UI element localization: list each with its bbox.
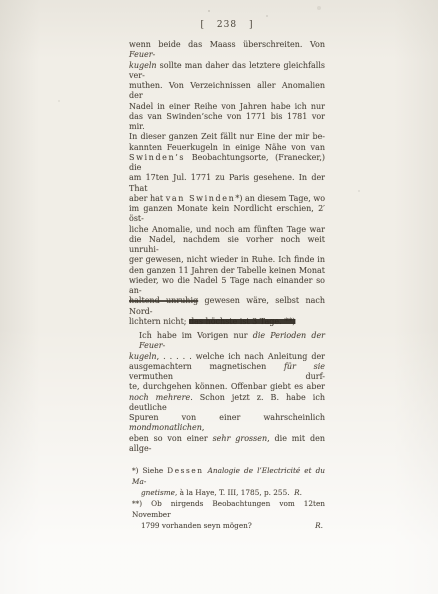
text-segment: die Nadel, nachdem sie vorher noch weit … — [129, 235, 325, 254]
text-segment: Ich habe im Vorigen nur — [139, 331, 253, 340]
text-segment: *) an diesem Tage, wo — [235, 194, 325, 203]
text-segment: , . . . . . welche ich nach Anleitung de… — [157, 352, 325, 361]
text-segment: kugeln — [129, 61, 157, 70]
text-segment: den ganzen 11 Jahren der Tabelle keinen … — [129, 266, 325, 275]
paragraph-perioden: Ich habe im Vorigen nur die Perioden der… — [129, 331, 325, 454]
text-line: te, durchgehen können. Offenbar giebt es… — [129, 382, 325, 392]
text-line: R.1799 vorhanden seyn mögen? — [132, 521, 325, 532]
footnotes: *) Siehe Dessen Analogie de l’Electricit… — [132, 466, 325, 532]
body-paragraphs: wenn beide das Maass überschreiten. Von … — [129, 40, 325, 454]
text-line: In dieser ganzen Zeit fällt nur Eine der… — [129, 132, 325, 142]
text-segment: , — [202, 423, 205, 432]
text-segment: eben so von einer — [129, 434, 213, 443]
text-line: Spuren von einer wahrscheinlich mondmona… — [129, 413, 325, 434]
text-segment: noch mehrere — [129, 393, 190, 402]
text-segment: vermuthen durf- — [129, 372, 325, 381]
page-number: [ 238 ] — [129, 20, 325, 30]
text-line: Swinden’s Beobachtungsorte, (Franecker,)… — [129, 153, 325, 174]
text-segment: mondmonatlichen — [129, 423, 202, 432]
text-line: am 17ten Jul. 1771 zu Paris gesehene. In… — [129, 173, 325, 194]
text-line: lichtern nicht; das höchste ist 3 Tage. … — [129, 317, 325, 327]
footnote-2: **) Ob nirgends Beobachtungen vom 12ten … — [132, 499, 325, 531]
text-segment: ger gewesen, nicht wieder in Ruhe. Ich f… — [129, 255, 325, 264]
text-segment: muthen. Von Verzeichnissen aller Anomali… — [129, 81, 325, 100]
footnote-1: *) Siehe Dessen Analogie de l’Electricit… — [132, 466, 325, 498]
text-segment: te, durchgehen können. Offenbar giebt es… — [129, 382, 325, 391]
text-line: **) Ob nirgends Beobachtungen vom 12ten … — [132, 499, 325, 521]
struck-text: das höchste ist 3 Tage. **) — [189, 317, 295, 326]
book-page-scan: [ 238 ] wenn beide das Maass überschreit… — [0, 0, 438, 594]
text-segment: Spuren von einer wahrscheinlich — [129, 413, 325, 422]
text-line: ger gewesen, nicht wieder in Ruhe. Ich f… — [129, 255, 325, 265]
text-segment: lichtern nicht; — [129, 317, 189, 326]
text-segment: liche Anomalie, und noch am fünften Tage… — [129, 225, 325, 234]
text-line: aber hat van Swinden*) an diesem Tage, w… — [129, 194, 325, 204]
text-line: kannten Feuerkugeln in einige Nähe von v… — [129, 143, 325, 153]
text-line: noch mehrere. Schon jetzt z. B. habe ich… — [129, 393, 325, 414]
text-segment: wenn beide das Maass überschreiten. Von — [129, 40, 325, 49]
text-line: die Nadel, nachdem sie vorher noch weit … — [129, 235, 325, 256]
paragraph-continuation: wenn beide das Maass überschreiten. Von … — [129, 40, 325, 327]
text-segment: ausgemachtern magnetischen — [129, 362, 284, 371]
text-segment: sehr grossen — [213, 434, 268, 443]
text-segment: das van Swinden’sche von 1771 bis 1781 v… — [129, 112, 325, 131]
text-segment: Feuer- — [129, 50, 155, 59]
text-segment: In dieser ganzen Zeit fällt nur Eine der… — [129, 132, 325, 141]
text-block: wenn beide das Maass überschreiten. Von … — [129, 40, 325, 533]
text-line: Ich habe im Vorigen nur die Perioden der… — [129, 331, 325, 352]
text-segment: 1799 vorhanden seyn mögen? — [141, 521, 252, 530]
text-segment: Dessen — [167, 466, 203, 475]
text-line: kugeln sollte man daher das letztere gle… — [129, 61, 325, 82]
text-line: liche Anomalie, und noch am fünften Tage… — [129, 225, 325, 235]
text-segment: für sie — [284, 362, 325, 371]
text-segment: sollte man daher das letztere gleichfall… — [129, 61, 325, 80]
text-segment: R. — [315, 521, 323, 532]
text-line: kugeln, . . . . . welche ich nach Anleit… — [129, 352, 325, 362]
text-line: wenn beide das Maass überschreiten. Von … — [129, 40, 325, 61]
text-segment: aber hat — [129, 194, 166, 203]
text-segment: im ganzen Monate kein Nordlicht erschien… — [129, 204, 325, 223]
text-line: *) Siehe Dessen Analogie de l’Electricit… — [132, 466, 325, 488]
text-line: Nadel in einer Reihe von Jahren habe ich… — [129, 102, 325, 112]
text-segment: **) Ob nirgends Beobachtungen vom 12ten … — [132, 499, 325, 519]
text-line: den ganzen 11 Jahren der Tabelle keinen … — [129, 266, 325, 276]
text-segment: wieder, wo die Nadel 5 Tage nach einande… — [129, 276, 325, 295]
text-segment: gnetisme — [141, 488, 175, 497]
text-segment: *) Siehe — [132, 466, 167, 475]
text-segment: kugeln — [129, 352, 157, 361]
text-segment: kannten Feuerkugeln in einige Nähe von v… — [129, 143, 325, 152]
text-line: im ganzen Monate kein Nordlicht erschien… — [129, 204, 325, 225]
text-line: muthen. Von Verzeichnissen aller Anomali… — [129, 81, 325, 102]
text-line: wieder, wo die Nadel 5 Tage nach einande… — [129, 276, 325, 297]
text-segment: Nadel in einer Reihe von Jahren habe ich… — [129, 102, 325, 111]
struck-text: haltend unruhig — [129, 296, 198, 305]
text-line: gnetisme, à la Haye, T. III, 1785, p. 25… — [132, 488, 325, 499]
text-line: das van Swinden’sche von 1771 bis 1781 v… — [129, 112, 325, 133]
text-segment: am 17ten Jul. 1771 zu Paris gesehene. In… — [129, 173, 325, 192]
text-segment: , à la Haye, T. III, 1785, p. 255. — [175, 488, 290, 497]
paper-speckles — [208, 10, 210, 12]
text-segment: R. — [290, 488, 302, 497]
text-line: ausgemachtern magnetischen für sie vermu… — [129, 362, 325, 383]
text-segment: van Swinden — [166, 194, 236, 203]
text-line: eben so von einer sehr grossen, die mit … — [129, 434, 325, 455]
text-segment: Swinden’s — [129, 153, 185, 162]
text-line: haltend unruhig gewesen wäre, selbst nac… — [129, 296, 325, 317]
